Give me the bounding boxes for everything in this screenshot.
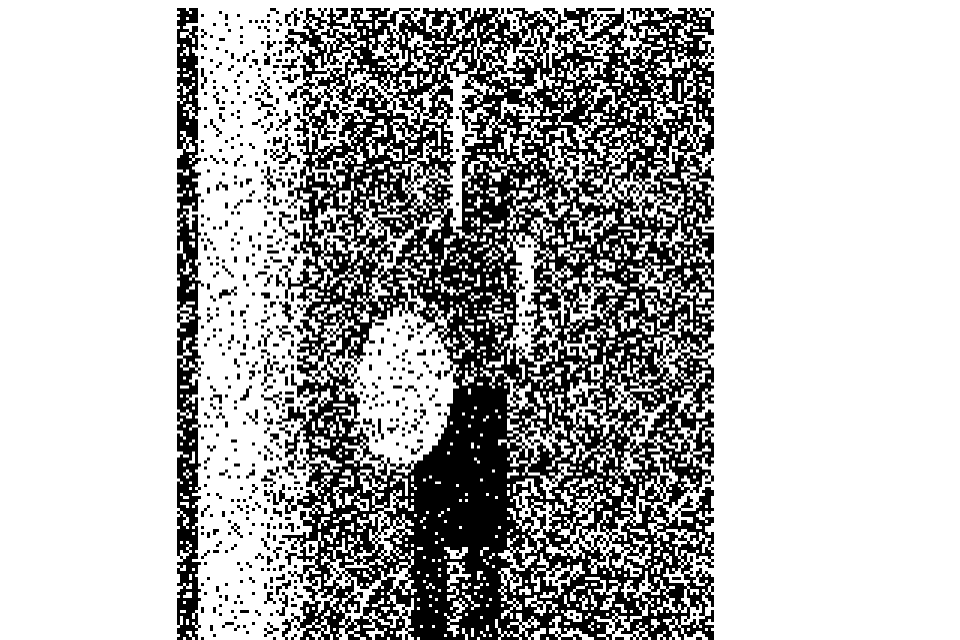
photo-canvas [177,8,714,640]
dithered-photo [177,8,714,640]
